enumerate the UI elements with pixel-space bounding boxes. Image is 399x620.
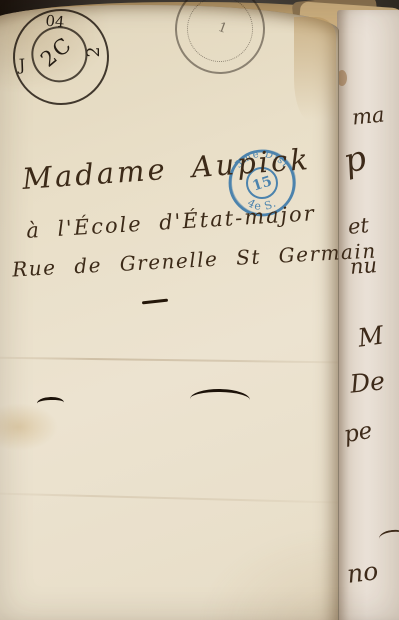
postmark-text-left: J (18, 55, 25, 74)
handwriting-fragment: pe (342, 418, 374, 449)
fold-crease (0, 357, 338, 364)
fold-crease (0, 492, 338, 503)
paper-stain (294, 17, 336, 121)
ink-smudge-left (37, 397, 64, 410)
postmark-black-center: 1 (162, 0, 277, 87)
address-line-2: à l'École d'État-major (26, 201, 317, 243)
paper-stain (0, 403, 58, 451)
handwriting-fragment: p (339, 138, 370, 182)
handwriting-fragment: et (347, 213, 370, 239)
address-line-3: Rue de Grenelle St Germain (12, 238, 378, 281)
handwriting-fragment: M (356, 320, 385, 352)
postmark-black-left: 04 J 2C 2 (4, 0, 118, 114)
handwriting-fragment: no (345, 556, 379, 589)
letter-page: 04 J 2C 2 1 5me Dist 4e S. 15 Madame (0, 5, 339, 620)
handwriting-fragment: De (349, 366, 387, 398)
postmark-text-right: 2 (84, 47, 104, 58)
handwriting-flourish (378, 528, 399, 545)
postmark-text-top: 04 (45, 12, 66, 32)
letter-photograph: ma p et nu M De pe no 04 J 2C 2 1 (0, 0, 399, 620)
handwriting-fragment: ma (351, 102, 386, 129)
adjacent-page: ma p et nu M De pe no (337, 10, 399, 620)
address-underline (142, 299, 168, 305)
ink-smudge-right (190, 388, 250, 410)
